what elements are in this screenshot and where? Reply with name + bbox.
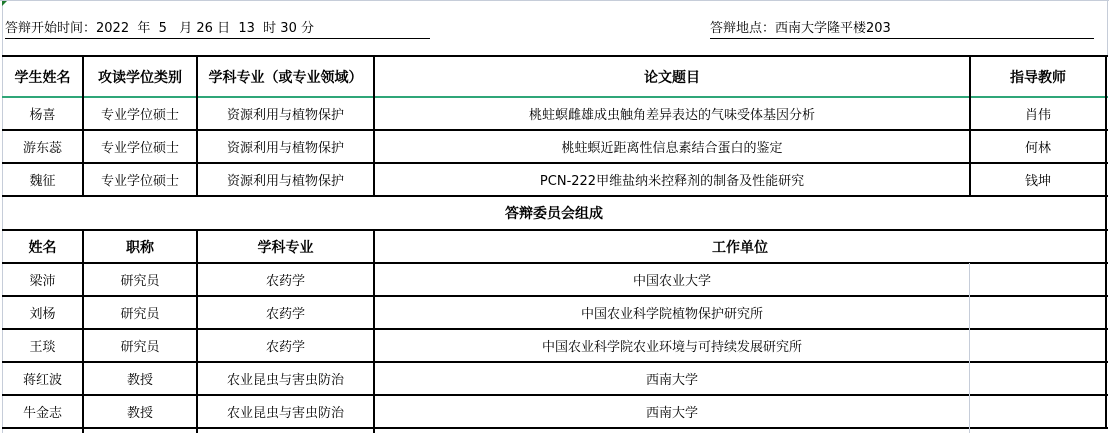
table-border [2, 361, 1108, 363]
member-title-cell[interactable]: 研究员 [83, 296, 197, 329]
defense-start-time: 答辩开始时间：2022 年 5 月 26 日 13 时 30 分 [5, 20, 430, 39]
committee-section-title[interactable]: 答辩委员会组成 [2, 196, 1106, 230]
defense-location: 答辩地点：西南大学隆平楼203 [710, 20, 1094, 39]
major-cell[interactable]: 资源利用与植物保护 [197, 163, 374, 196]
col-header-thesis-title[interactable]: 论文题目 [374, 56, 970, 97]
member-title-cell[interactable]: 研究员 [83, 329, 197, 362]
table-border [969, 56, 971, 196]
col-header-workplace[interactable]: 工作单位 [374, 230, 1106, 263]
member-name-cell[interactable]: 刘杨 [2, 296, 83, 329]
member-title-cell[interactable]: 研究员 [83, 263, 197, 296]
member-workplace-cell[interactable]: 中国农业科学院农业环境与可持续发展研究所 [374, 329, 970, 362]
major-cell[interactable]: 资源利用与植物保护 [197, 97, 374, 130]
col-header-discipline[interactable]: 学科专业 [197, 230, 374, 263]
thesis-title-cell[interactable]: 桃蛀螟近距离性信息素结合蛋白的鉴定 [374, 130, 970, 163]
major-cell[interactable]: 资源利用与植物保护 [197, 130, 374, 163]
member-discipline-cell[interactable]: 农药学 [197, 263, 374, 296]
sheet-gridline [969, 263, 970, 433]
member-name-cell[interactable]: 梁沛 [2, 263, 83, 296]
table-border [2, 229, 1108, 231]
col-header-member-name[interactable]: 姓名 [2, 230, 83, 263]
selection-border [2, 96, 1108, 98]
table-border [2, 55, 1108, 57]
member-title-cell[interactable]: 教授 [83, 395, 197, 428]
col-header-student-name[interactable]: 学生姓名 [2, 56, 83, 97]
member-name-cell[interactable]: 牛金志 [2, 395, 83, 428]
member-workplace-cell[interactable]: 西南大学 [374, 362, 970, 395]
member-name-cell[interactable]: 王琰 [2, 329, 83, 362]
table-border [2, 195, 1108, 197]
advisor-cell[interactable]: 何林 [970, 130, 1106, 163]
degree-type-cell[interactable]: 专业学位硕士 [83, 97, 197, 130]
col-header-advisor[interactable]: 指导教师 [970, 56, 1106, 97]
member-discipline-cell[interactable]: 农药学 [197, 329, 374, 362]
member-name-cell[interactable]: 蒋红波 [2, 362, 83, 395]
member-workplace-cell[interactable]: 西南大学 [374, 395, 970, 428]
table-border [196, 56, 198, 196]
member-workplace-cell[interactable]: 中国农业科学院植物保护研究所 [374, 296, 970, 329]
table-border [2, 262, 1108, 264]
table-border [373, 56, 375, 196]
degree-type-cell[interactable]: 专业学位硕士 [83, 130, 197, 163]
advisor-cell[interactable]: 肖伟 [970, 97, 1106, 130]
student-name-cell[interactable]: 魏征 [2, 163, 83, 196]
table-border [2, 129, 1108, 131]
student-name-cell[interactable]: 杨喜 [2, 97, 83, 130]
member-discipline-cell[interactable]: 农药学 [197, 296, 374, 329]
table-border [2, 328, 1108, 330]
col-header-major[interactable]: 学科专业（或专业领域） [197, 56, 374, 97]
student-name-cell[interactable]: 游东蕊 [2, 130, 83, 163]
table-border [2, 427, 1108, 429]
member-discipline-cell[interactable]: 农业昆虫与害虫防治 [197, 362, 374, 395]
advisor-cell[interactable]: 钱坤 [970, 163, 1106, 196]
table-border [2, 394, 1108, 396]
cell-comment-marker-icon [2, 1, 7, 6]
member-title-cell[interactable]: 教授 [83, 362, 197, 395]
table-border [1105, 56, 1107, 429]
sheet-gridline [0, 0, 1109, 1]
sheet-gridline [1107, 0, 1108, 56]
table-border [373, 230, 375, 433]
thesis-title-cell[interactable]: 桃蛀螟雌雄成虫触角差异表达的气味受体基因分析 [374, 97, 970, 130]
col-header-degree-type[interactable]: 攻读学位类别 [83, 56, 197, 97]
degree-type-cell[interactable]: 专业学位硕士 [83, 163, 197, 196]
member-workplace-cell[interactable]: 中国农业大学 [374, 263, 970, 296]
col-header-title[interactable]: 职称 [83, 230, 197, 263]
table-border [82, 230, 84, 433]
thesis-title-cell[interactable]: PCN-222甲维盐纳米控释剂的制备及性能研究 [374, 163, 970, 196]
table-border [2, 162, 1108, 164]
table-border [2, 295, 1108, 297]
table-border [196, 230, 198, 433]
table-border [82, 56, 84, 196]
member-discipline-cell[interactable]: 农业昆虫与害虫防治 [197, 395, 374, 428]
